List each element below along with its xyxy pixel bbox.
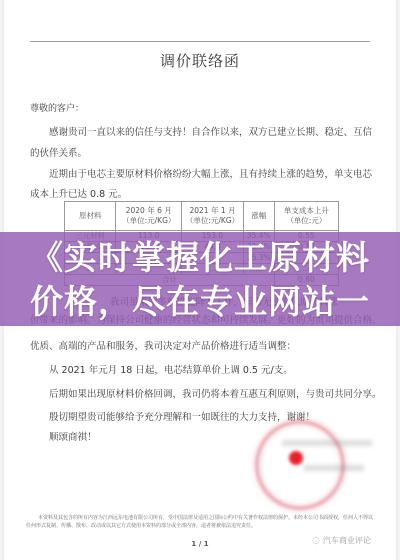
table-header-row: 原材料 2020 年 6 月 （单位:元/KG） 2021 年 1 月 （单位:… — [65, 202, 339, 231]
wechat-icon: ◌ — [312, 536, 320, 546]
table-header: 涨幅 — [243, 202, 274, 231]
paragraph-line: 感谢贵司一直以来的信任与支持！自合作以来，双方已建立长期、稳定、互信 — [49, 124, 372, 138]
headline-line-2: 价格，尽在专业网站一 — [0, 280, 400, 324]
source-watermark: ◌汽车商业评论 — [312, 535, 371, 546]
closing-line: 顺颂商祺！ — [49, 429, 97, 443]
date-blur — [304, 465, 364, 471]
paragraph-line: 成本上升已达 0.8 元。 — [30, 186, 127, 200]
headline-text: 《实时掌握化工原材料 价格，尽在专业网站一 — [0, 236, 400, 324]
paragraph-line: 从 2021 年元月 18 日起，电芯结算单价上调 0.5 元/支。 — [49, 362, 293, 376]
document-title: 调价联络函 — [0, 50, 400, 71]
paragraph-line: 近期由于电芯主要原材料价格纷纷大幅上涨，且有持续上涨的趋势，单支电芯 — [49, 166, 372, 180]
table-header: 单支成本上升 （单位:元） — [274, 202, 338, 231]
header-rule — [30, 41, 370, 42]
paragraph-line: 的伙伴关系。 — [30, 145, 87, 159]
table-header: 原材料 — [65, 202, 116, 231]
paragraph-line: 优质、高端的产品和服务，我司决定对产品价格进行适当调整： — [30, 338, 296, 352]
signature-blur — [282, 440, 372, 446]
table-header: 2020 年 6 月 （单位:元/KG） — [116, 202, 182, 231]
paragraph-line: 殷切期望贵司能够给予充分理解和一如既往的大力支持，谢谢！ — [49, 409, 315, 423]
salutation: 尊敬的客户： — [30, 101, 84, 114]
copyright-note: 本资料及其包含的所有内容为江西远东电池有限公司所有，受中国法律及适用之国际公约中… — [26, 514, 374, 530]
paragraph-line: 后期如果出现原材料价格回调，我司仍将本着互惠互利原则，与贵司共同分享。 — [49, 386, 382, 400]
table-header: 2021 年 1 月 （单位:元/KG） — [182, 202, 244, 231]
headline-line-1: 《实时掌握化工原材料 — [0, 236, 400, 280]
watermark-text: 汽车商业评论 — [323, 536, 371, 545]
seal-star-icon — [289, 451, 303, 465]
